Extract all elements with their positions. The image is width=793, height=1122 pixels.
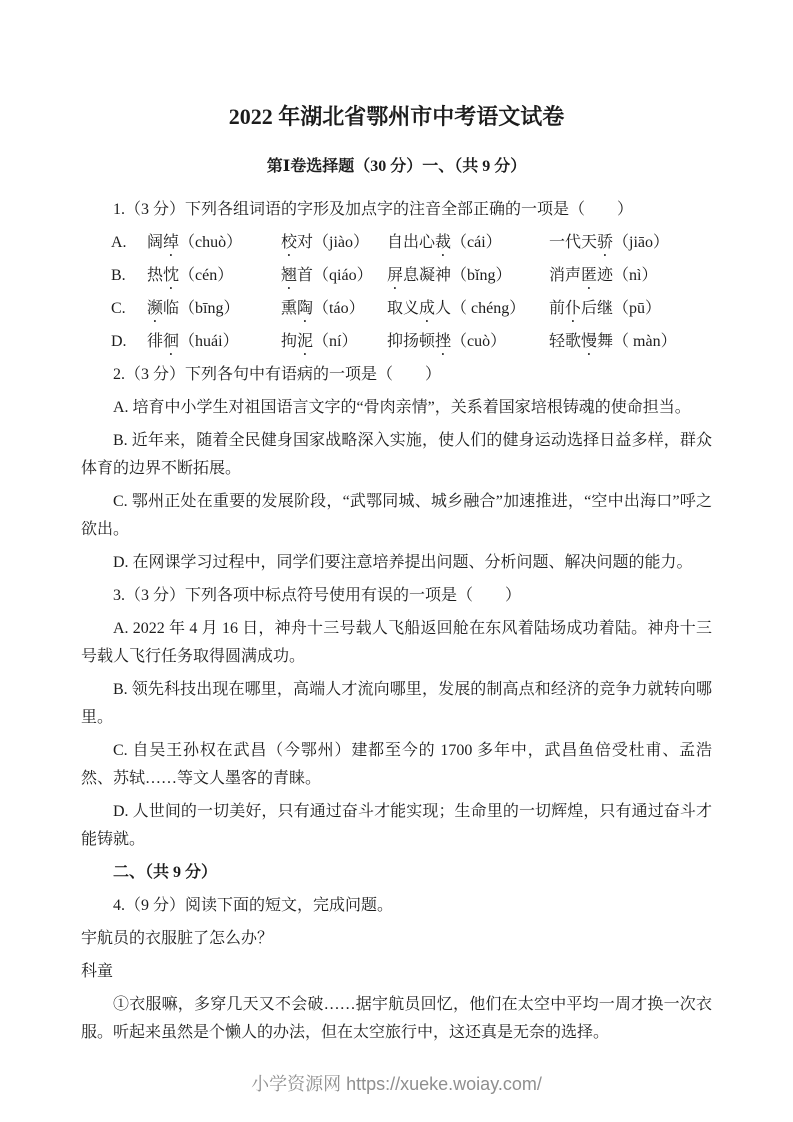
section2-header: 二、（共 9 分） (81, 859, 712, 887)
passage-title: 宇航员的衣服脏了怎么办？ (81, 925, 712, 953)
q3-option-c: C. 自吴王孙权在武昌（今鄂州）建都至今的 1700 多年中，武昌鱼倍受杜甫、孟… (81, 737, 712, 793)
passage-paragraph-1: ①衣服嘛，多穿几天又不会破……据宇航员回忆，他们在太空中平均一周才换一次衣服。听… (81, 991, 712, 1047)
option-cell: 抑扬顿挫（cuò） (387, 328, 549, 359)
q3-option-d: D. 人世间的一切美好，只有通过奋斗才能实现；生命里的一切辉煌，只有通过奋斗才能… (81, 798, 712, 854)
option-cell: 拘泥（ní） (281, 328, 387, 359)
q3-stem: 3.（3 分）下列各项中标点符号使用有误的一项是（ ） (81, 582, 712, 610)
q2-option-d: D. 在网课学习过程中，同学们要注意培养提出问题、分析问题、解决问题的能力。 (81, 549, 712, 577)
q4-stem: 4.（9 分）阅读下面的短文，完成问题。 (81, 892, 712, 920)
option-cell: 徘徊（huái） (147, 328, 281, 359)
q1-option-c: C. 濒临（bīng） 熏陶（táo） 取义成人（ chéng） 前仆后继（pū… (81, 295, 712, 326)
option-cell: 校对（jiào） (281, 229, 387, 260)
q1-option-a: A. 阔绰（chuò） 校对（jiào） 自出心裁（cái） 一代天骄（jiāo… (81, 229, 712, 260)
passage-author: 科童 (81, 958, 712, 986)
option-cell: 取义成人（ chéng） (387, 295, 549, 326)
q1-option-b: B. 热忱（cén） 翘首（qiáo） 屏息凝神（bǐng） 消声匿迹（nì） (81, 262, 712, 293)
q2-option-b: B. 近年来，随着全民健身国家战略深入实施，使人们的健身运动选择日益多样，群众体… (81, 427, 712, 483)
option-cell: 自出心裁（cái） (387, 229, 549, 260)
option-cell: 消声匿迹（nì） (549, 262, 712, 293)
option-label: C. (111, 295, 147, 326)
option-label: D. (111, 328, 147, 359)
option-cell: 一代天骄（jiāo） (549, 229, 712, 260)
exam-page: 2022 年湖北省鄂州市中考语文试卷 第Ⅰ卷选择题（30 分）一、（共 9 分）… (0, 0, 793, 1122)
option-cell: 热忱（cén） (147, 262, 281, 293)
q2-option-a: A. 培育中小学生对祖国语言文字的“骨肉亲情”，关系着国家培根铸魂的使命担当。 (81, 394, 712, 422)
option-cell: 轻歌慢舞（ màn） (549, 328, 712, 359)
option-cell: 翘首（qiáo） (281, 262, 387, 293)
option-cell: 熏陶（táo） (281, 295, 387, 326)
q1-stem: 1.（3 分）下列各组词语的字形及加点字的注音全部正确的一项是（ ） (81, 196, 712, 224)
q2-option-c: C. 鄂州正处在重要的发展阶段，“武鄂同城、城乡融合”加速推进，“空中出海口”呼… (81, 488, 712, 544)
q2-stem: 2.（3 分）下列各句中有语病的一项是（ ） (81, 361, 712, 389)
q3-option-a: A. 2022 年 4 月 16 日，神舟十三号载人飞船返回舱在东风着陆场成功着… (81, 615, 712, 671)
option-cell: 屏息凝神（bǐng） (387, 262, 549, 293)
page-title: 2022 年湖北省鄂州市中考语文试卷 (81, 104, 712, 130)
option-cell: 濒临（bīng） (147, 295, 281, 326)
q3-option-b: B. 领先科技出现在哪里，高端人才流向哪里，发展的制高点和经济的竞争力就转向哪里… (81, 676, 712, 732)
q1-option-d: D. 徘徊（huái） 拘泥（ní） 抑扬顿挫（cuò） 轻歌慢舞（ màn） (81, 328, 712, 359)
option-cell: 阔绰（chuò） (147, 229, 281, 260)
option-label: A. (111, 229, 147, 260)
footer-watermark: 小学资源网 https://xueke.woiay.com/ (0, 1070, 793, 1096)
option-cell: 前仆后继（pū） (549, 295, 712, 326)
section1-header: 第Ⅰ卷选择题（30 分）一、（共 9 分） (81, 156, 712, 178)
option-label: B. (111, 262, 147, 293)
